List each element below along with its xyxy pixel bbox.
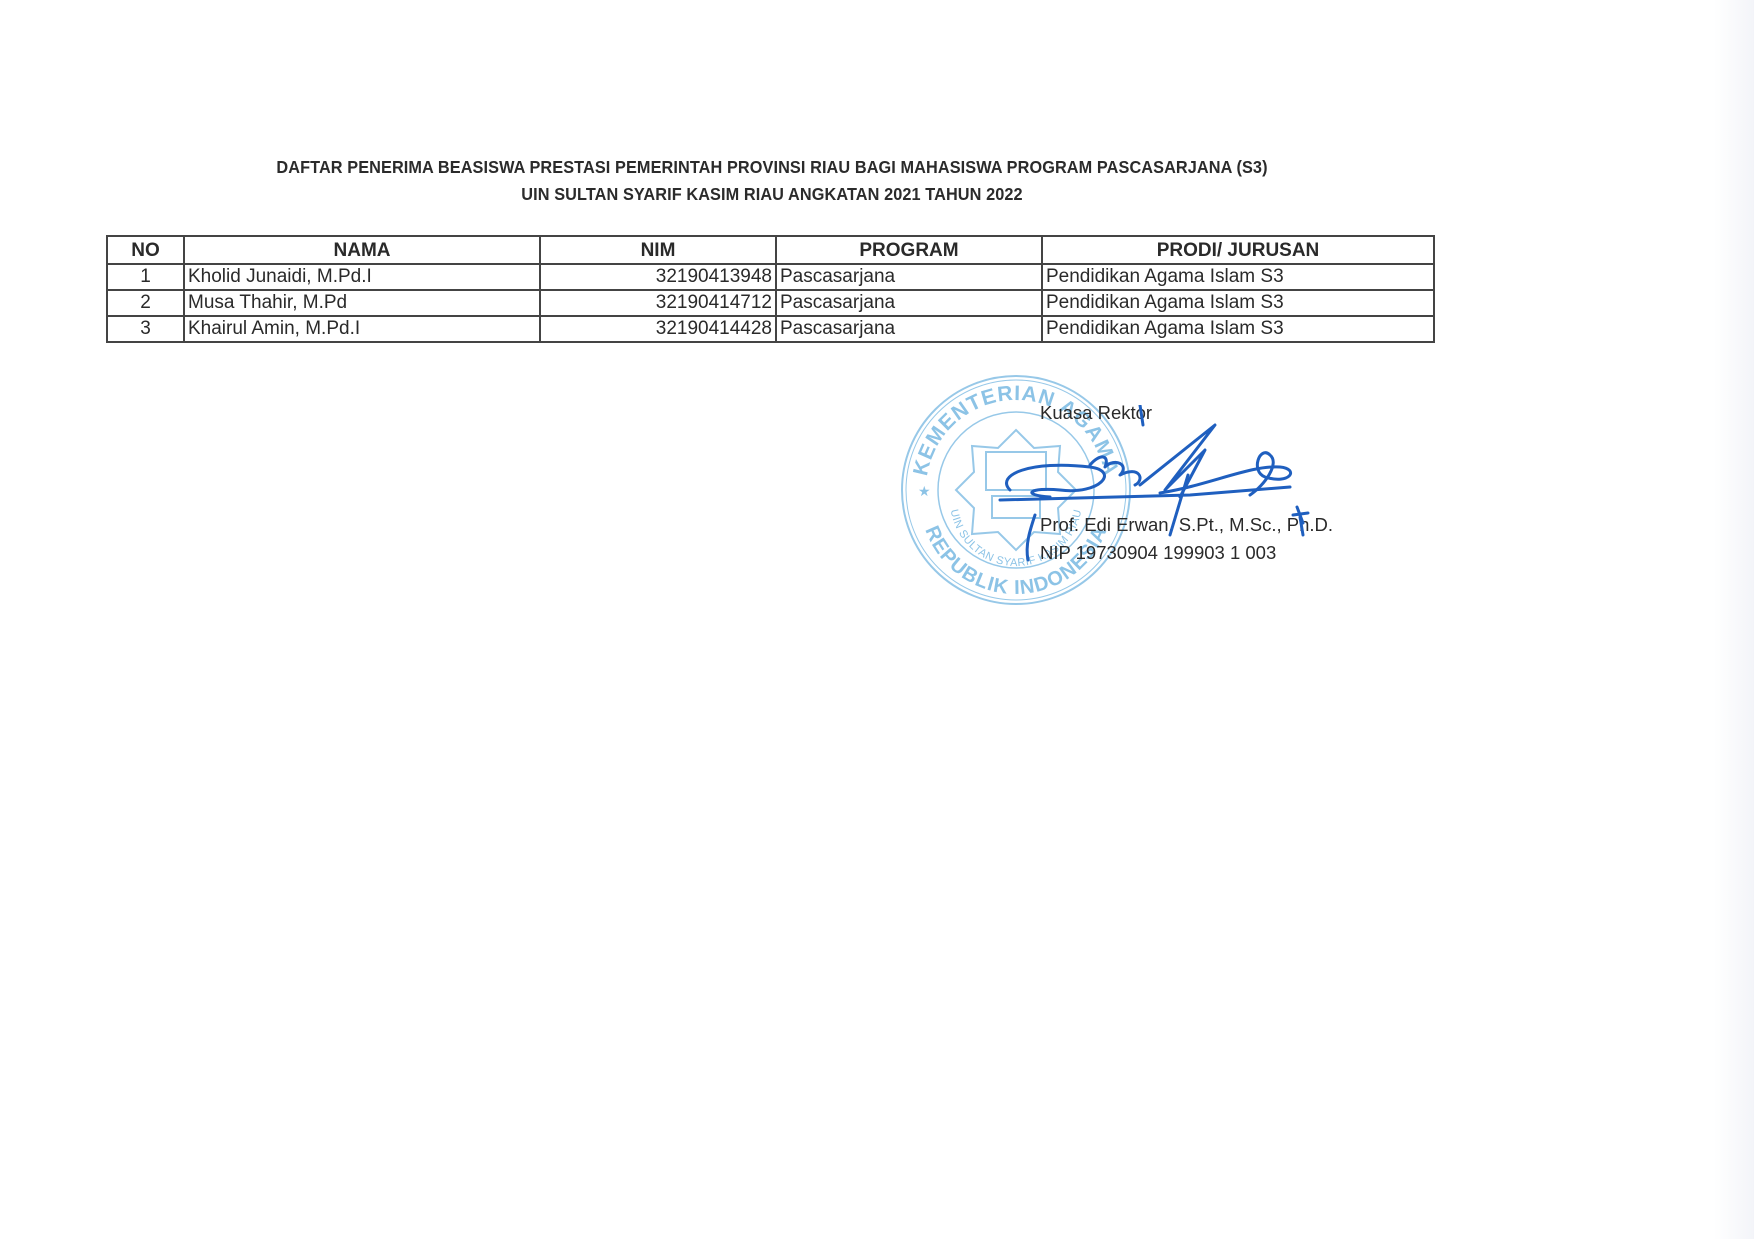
cell-nim: 32190414428: [540, 316, 776, 342]
table-row: 2 Musa Thahir, M.Pd 32190414712 Pascasar…: [107, 290, 1434, 316]
title-line-1: DAFTAR PENERIMA BEASISWA PRESTASI PEMERI…: [54, 154, 1490, 181]
cell-nim: 32190414712: [540, 290, 776, 316]
cell-prodi: Pendidikan Agama Islam S3: [1042, 316, 1434, 342]
svg-text:★: ★: [918, 484, 931, 500]
cell-program: Pascasarjana: [776, 264, 1042, 290]
cell-no: 1: [107, 264, 184, 290]
cell-nama: Kholid Junaidi, M.Pd.I: [184, 264, 540, 290]
header-nama: NAMA: [184, 236, 540, 264]
cell-no: 2: [107, 290, 184, 316]
recipients-table: NO NAMA NIM PROGRAM PRODI/ JURUSAN 1 Kho…: [106, 235, 1435, 343]
cell-program: Pascasarjana: [776, 290, 1042, 316]
cell-nama: Khairul Amin, M.Pd.I: [184, 316, 540, 342]
scan-shadow: [1714, 0, 1754, 1239]
table-row: 1 Kholid Junaidi, M.Pd.I 32190413948 Pas…: [107, 264, 1434, 290]
document-title: DAFTAR PENERIMA BEASISWA PRESTASI PEMERI…: [54, 154, 1490, 208]
cell-nama: Musa Thahir, M.Pd: [184, 290, 540, 316]
table-header-row: NO NAMA NIM PROGRAM PRODI/ JURUSAN: [107, 236, 1434, 264]
handwritten-signature-icon: [990, 405, 1330, 575]
cell-no: 3: [107, 316, 184, 342]
header-program: PROGRAM: [776, 236, 1042, 264]
header-prodi: PRODI/ JURUSAN: [1042, 236, 1434, 264]
cell-program: Pascasarjana: [776, 316, 1042, 342]
table-row: 3 Khairul Amin, M.Pd.I 32190414428 Pasca…: [107, 316, 1434, 342]
cell-nim: 32190413948: [540, 264, 776, 290]
header-no: NO: [107, 236, 184, 264]
title-line-2: UIN SULTAN SYARIF KASIM RIAU ANGKATAN 20…: [54, 181, 1490, 208]
cell-prodi: Pendidikan Agama Islam S3: [1042, 290, 1434, 316]
cell-prodi: Pendidikan Agama Islam S3: [1042, 264, 1434, 290]
header-nim: NIM: [540, 236, 776, 264]
